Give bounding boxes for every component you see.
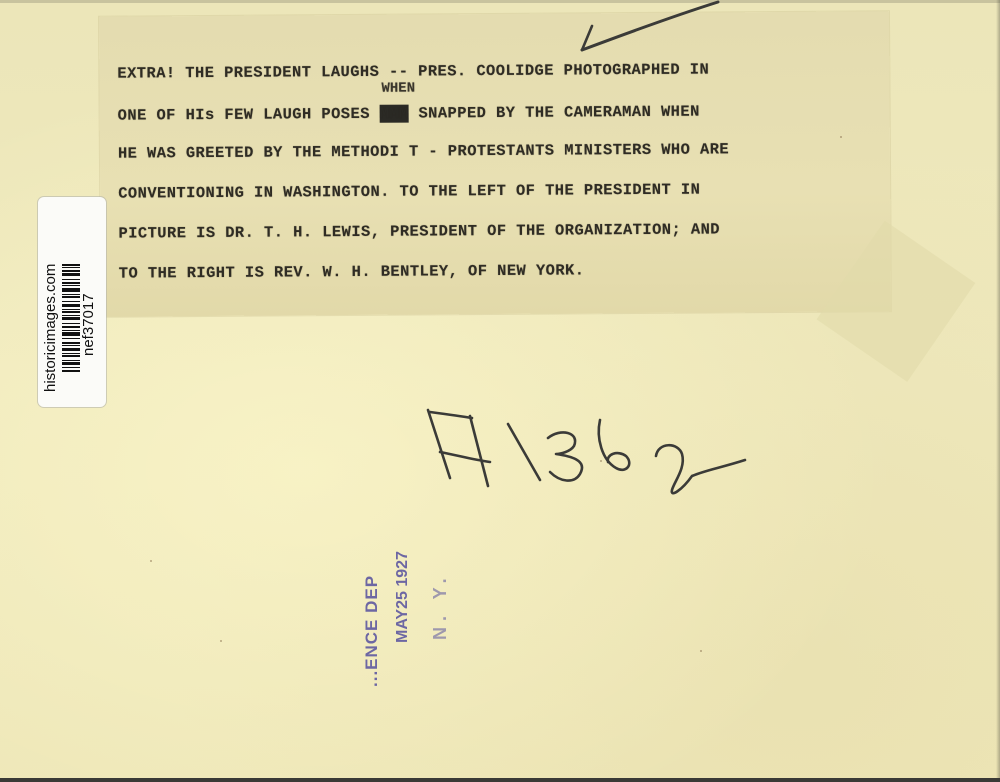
caption-line-2: ONE OF HIs FEW LAUGH POSES MMM SNAPPED B… (118, 103, 700, 125)
paper-speck (150, 560, 152, 562)
stamp-date: MAY25 1927 (394, 551, 412, 643)
caption-line-6: TO THE RIGHT IS REV. W. H. BENTLEY, OF N… (119, 261, 585, 282)
caption-line-2-start: ONE OF HIs FEW LAUGH POSES (118, 105, 380, 125)
paper-speck (220, 640, 222, 642)
caption-line-4: CONVENTIONING IN WASHINGTON. TO THE LEFT… (118, 181, 700, 203)
paper-speck (700, 650, 702, 652)
barcode-sticker: historicimages.com nef37017 (38, 197, 106, 407)
caption-line-1: EXTRA! THE PRESIDENT LAUGHS -- PRES. COO… (117, 61, 709, 83)
caption-line-5: PICTURE IS DR. T. H. LEWIS, PRESIDENT OF… (118, 220, 720, 242)
caption-line-3: HE WAS GREETED BY THE METHODI T - PROTES… (118, 140, 729, 162)
scan-right-edge (996, 0, 1000, 782)
scan-bottom-edge (0, 778, 1000, 782)
pencil-arrow-icon (570, 0, 720, 60)
caption-slip: EXTRA! THE PRESIDENT LAUGHS -- PRES. COO… (99, 11, 891, 317)
caption-line-2-end: SNAPPED BY THE CAMERAMAN WHEN (409, 103, 700, 123)
barcode-icon (62, 232, 80, 372)
caption-insertion-when: WHEN (381, 81, 415, 97)
barcode-id-label: nef37017 (80, 293, 97, 356)
paper-speck (600, 460, 602, 462)
scan-top-edge (0, 0, 1000, 3)
caption-struck-word: MMM (380, 105, 409, 123)
date-stamp: ...ENCE DEP MAY25 1927 N. Y. (350, 475, 480, 695)
barcode-site-label: historicimages.com (42, 264, 59, 392)
stamp-location: N. Y. (430, 572, 451, 640)
paper-speck (840, 136, 842, 138)
stamp-agency-text: ...ENCE DEP (362, 575, 382, 687)
